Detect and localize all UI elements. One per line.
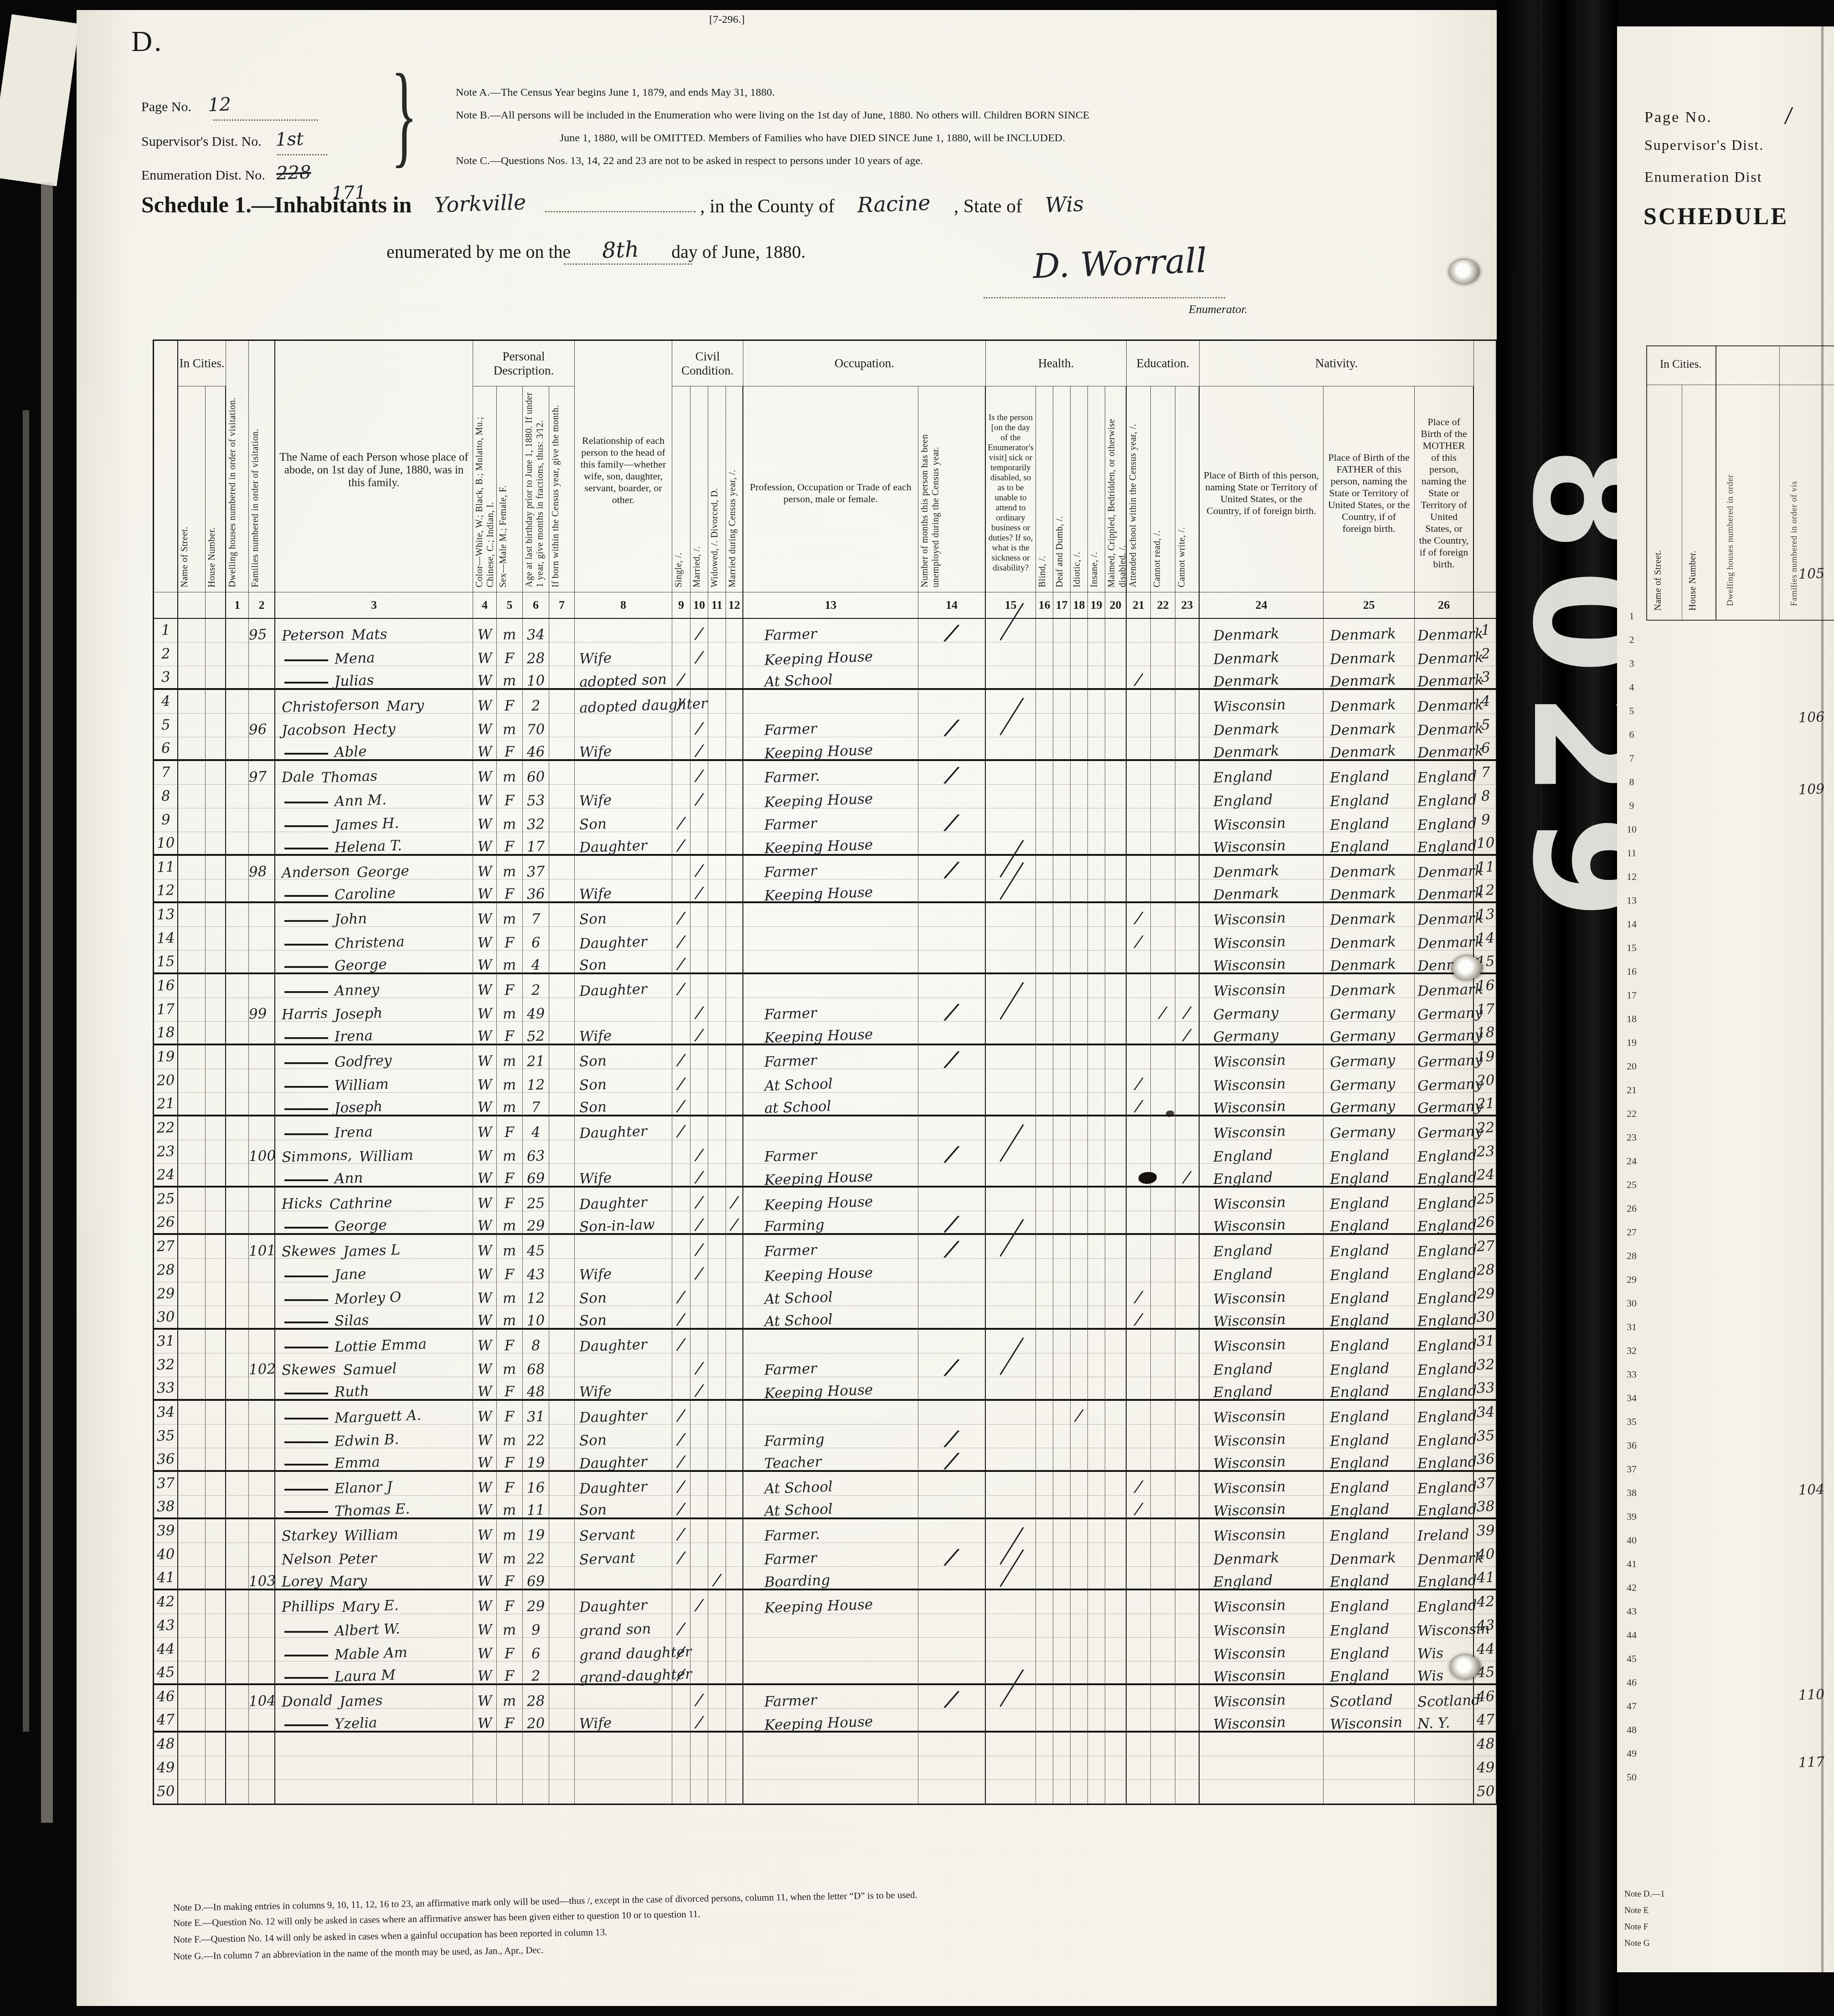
row-number: 14 xyxy=(1477,931,1495,946)
cell-unemp: / xyxy=(918,1425,986,1448)
cell-occ: Farmer xyxy=(743,1045,918,1069)
cell-sick xyxy=(986,1377,1036,1401)
relationship-value: grand son xyxy=(579,1622,651,1638)
birthplace-mother: England xyxy=(1417,793,1477,809)
rp-row-number: 41 xyxy=(1622,1552,1642,1576)
rp-row-number: 47 xyxy=(1622,1694,1642,1718)
cell-pobf: Denmark xyxy=(1324,737,1415,761)
age-value: 11 xyxy=(526,1503,545,1517)
birthplace-father: England xyxy=(1329,1668,1390,1685)
group-header-cc: Civil Condition. xyxy=(672,341,743,386)
color-value: W xyxy=(477,1503,492,1517)
cell-fam xyxy=(249,1306,275,1330)
rp-row-number: 28 xyxy=(1622,1244,1642,1268)
cell-rel: Daughter xyxy=(575,1472,672,1496)
cell-rel xyxy=(575,1140,672,1164)
sex-value: m xyxy=(503,627,516,642)
note-b1: Note B.—All persons will be included in … xyxy=(456,109,1090,122)
cell-mdy xyxy=(726,1567,743,1590)
cell-sgl: / xyxy=(672,832,690,856)
rp-schedule: SCHEDULE xyxy=(1643,203,1788,230)
cell-mar: / xyxy=(690,619,708,643)
sex-value: F xyxy=(505,1172,515,1186)
cell-mar: / xyxy=(690,1259,708,1282)
cell-mar: / xyxy=(690,856,708,879)
cell-cw xyxy=(1175,1259,1200,1282)
cell-fam xyxy=(249,1330,275,1353)
cell-sex: F xyxy=(497,879,523,903)
birthplace-self: Denmark xyxy=(1213,886,1280,902)
relationship-value: Son xyxy=(579,1313,607,1328)
cell-rnR: 5 xyxy=(1474,714,1498,737)
rp-in-cities: In Cities. xyxy=(1660,358,1702,371)
surname: Simmons, xyxy=(282,1148,360,1165)
column-number-14: 14 xyxy=(918,592,986,619)
color-value: W xyxy=(477,1219,492,1233)
cell-born xyxy=(549,974,575,998)
cell-idio xyxy=(1071,1543,1088,1567)
cell-occ xyxy=(743,1638,918,1661)
cell-blind xyxy=(1036,1780,1053,1804)
given-name: Cathrine xyxy=(329,1196,392,1212)
cell-house xyxy=(206,1353,226,1377)
affirmative-mark: / xyxy=(1134,910,1142,926)
cell-pobf: Denmark xyxy=(1324,666,1415,690)
cell-sex: m xyxy=(497,1211,523,1235)
cell-blind xyxy=(1036,1259,1053,1282)
cell-unemp xyxy=(918,879,986,903)
color-value: W xyxy=(477,1552,492,1566)
ditto-dash xyxy=(284,848,328,849)
cell-wid: / xyxy=(708,1567,726,1590)
cell-mar xyxy=(690,1069,708,1093)
cell-cw xyxy=(1175,1472,1200,1496)
binder-rivet-bottom xyxy=(1450,1655,1480,1679)
cell-mar xyxy=(690,951,708,974)
relationship-value: Son xyxy=(579,817,607,832)
row-number: 47 xyxy=(1477,1713,1495,1727)
cell-mdy xyxy=(726,785,743,808)
column-label-cw: Cannot write, /. xyxy=(1175,386,1188,592)
cell-pobm: Denmark xyxy=(1415,666,1474,690)
cell-name: Emma xyxy=(275,1448,473,1472)
cell-pobf: England xyxy=(1324,1638,1415,1661)
note-b2: June 1, 1880, will be OMITTED. Members o… xyxy=(560,132,1065,144)
cell-house xyxy=(206,1259,226,1282)
cell-idio xyxy=(1071,1022,1088,1045)
cell-sgl: / xyxy=(672,1425,690,1448)
birthplace-mother: England xyxy=(1417,1148,1477,1165)
column-label-pob: Place of Birth of this person, naming St… xyxy=(1200,386,1323,592)
cell-color: W xyxy=(473,1661,497,1685)
cell-color: W xyxy=(473,1116,497,1140)
cell-pobf: England xyxy=(1324,1164,1415,1188)
page-no-label: Page No. 12 xyxy=(141,95,232,116)
sex-value: F xyxy=(505,699,515,714)
row-number: 12 xyxy=(1477,883,1495,898)
cell-pob: Wisconsin xyxy=(1200,1638,1324,1661)
birthplace-self: Wisconsin xyxy=(1213,1502,1286,1519)
row-number: 8 xyxy=(1481,789,1491,804)
cell-house xyxy=(206,1306,226,1330)
cell-wid xyxy=(708,1093,726,1116)
family-number: 103 xyxy=(248,1574,276,1589)
rp-page-no-text: Page No. xyxy=(1644,109,1712,126)
cell-rel: Wife xyxy=(575,643,672,666)
cell-sgl: / xyxy=(672,1472,690,1496)
person-row-34: 34Marguett A.WF31Daughter//WisconsinEngl… xyxy=(154,1401,1496,1425)
person-row-12: 12CarolineWF36Wife/Keeping HouseDenmarkD… xyxy=(154,879,1496,903)
cell-idio xyxy=(1071,856,1088,879)
surname: Harris xyxy=(281,1006,335,1022)
birthplace-father: Denmark xyxy=(1330,1551,1396,1567)
cell-pob: Wisconsin xyxy=(1200,1709,1324,1733)
cell-deaf xyxy=(1053,1448,1071,1472)
affirmative-mark: / xyxy=(695,1360,703,1377)
cell-idio xyxy=(1071,1496,1088,1519)
surname: Hicks xyxy=(281,1196,330,1212)
cell-cr xyxy=(1151,785,1175,808)
given-name: Emma xyxy=(334,1455,380,1471)
cell-street xyxy=(178,808,206,832)
cell-pobf: England xyxy=(1324,1188,1415,1211)
cell-color: W xyxy=(473,1164,497,1188)
cell-sick xyxy=(986,927,1036,951)
cell-wid xyxy=(708,1519,726,1543)
cell-street xyxy=(178,1519,206,1543)
cell-unemp: / xyxy=(918,619,986,643)
row-number: 39 xyxy=(156,1523,175,1538)
cell-occ: Keeping House xyxy=(743,1709,918,1733)
gutter-scratch3 xyxy=(1513,273,1514,1732)
cell-born xyxy=(549,1330,575,1353)
birthplace-mother: England xyxy=(1417,1455,1477,1471)
cell-maim xyxy=(1105,1519,1127,1543)
birthplace-father: England xyxy=(1329,1267,1390,1283)
cell-maim xyxy=(1105,1069,1127,1093)
cell-rnR: 23 xyxy=(1474,1140,1498,1164)
cell-rel: Servant xyxy=(575,1519,672,1543)
cell-ins xyxy=(1088,974,1105,998)
cell-pob: Wisconsin xyxy=(1200,690,1324,714)
cell-ins xyxy=(1088,951,1105,974)
cell-pob: Wisconsin xyxy=(1200,1472,1324,1496)
cell-sex: m xyxy=(497,1045,523,1069)
cell-unemp: / xyxy=(918,1685,986,1709)
cell-sex: F xyxy=(497,785,523,808)
cell-street xyxy=(178,1756,206,1780)
cell-pob: England xyxy=(1200,1377,1324,1401)
cell-born xyxy=(549,785,575,808)
birthplace-self: Denmark xyxy=(1213,864,1280,880)
color-value: W xyxy=(477,651,492,666)
occupation-value: Farmer. xyxy=(764,1527,820,1543)
cell-sick xyxy=(986,1022,1036,1045)
cell-sex: m xyxy=(497,1140,523,1164)
person-row-30: 30SilasWm10Son/At School/WisconsinEnglan… xyxy=(154,1306,1496,1330)
birthplace-father: England xyxy=(1329,1291,1390,1307)
rp-row-number: 5 xyxy=(1622,699,1642,723)
cell-maim xyxy=(1105,1377,1127,1401)
cell-maim xyxy=(1105,1638,1127,1661)
cell-rnL: 48 xyxy=(154,1733,178,1756)
cell-color: W xyxy=(473,1045,497,1069)
column-number-25: 25 xyxy=(1324,592,1415,619)
cell-occ: Farming xyxy=(743,1211,918,1235)
cell-cr xyxy=(1151,1590,1175,1614)
cell-rnR: 4 xyxy=(1474,690,1498,714)
cell-sch xyxy=(1127,714,1151,737)
column-number-10: 10 xyxy=(690,592,708,619)
birthplace-father: England xyxy=(1329,1527,1390,1544)
cell-pob: England xyxy=(1200,1567,1324,1590)
cell-mar: / xyxy=(690,1685,708,1709)
cell-sick xyxy=(986,619,1036,643)
cell-occ: Farmer xyxy=(743,1353,918,1377)
color-value: W xyxy=(477,1528,492,1543)
cell-rnR: 44 xyxy=(1474,1638,1498,1661)
cell-dwell xyxy=(226,1069,249,1093)
cell-ins xyxy=(1088,1425,1105,1448)
affirmative-mark: / xyxy=(677,1501,685,1517)
cell-sick xyxy=(986,1235,1036,1259)
cell-sgl: / xyxy=(672,951,690,974)
cell-wid xyxy=(708,761,726,785)
cell-pob: England xyxy=(1200,1259,1324,1282)
cell-ins xyxy=(1088,1543,1105,1567)
cell-name xyxy=(275,1780,473,1804)
affirmative-mark: / xyxy=(695,625,703,642)
cell-wid xyxy=(708,1614,726,1638)
cell-rel: adopted daughter xyxy=(575,690,672,714)
column-label-mar: Married, /. xyxy=(690,386,703,592)
given-name: Julias xyxy=(334,673,374,689)
birthplace-father: England xyxy=(1329,1384,1390,1400)
cell-rnL: 7 xyxy=(154,761,178,785)
cell-maim xyxy=(1105,1567,1127,1590)
cell-dwell xyxy=(226,1022,249,1045)
row-number: 25 xyxy=(1477,1192,1495,1206)
cell-sex: F xyxy=(497,927,523,951)
birthplace-self: England xyxy=(1213,1574,1273,1590)
cell-blind xyxy=(1036,1401,1053,1425)
cell-street xyxy=(178,1211,206,1235)
cell-blind xyxy=(1036,903,1053,927)
row-number: 44 xyxy=(156,1642,175,1656)
cell-rel: Son xyxy=(575,808,672,832)
sex-value: F xyxy=(505,1574,515,1589)
row-number: 26 xyxy=(1477,1215,1495,1229)
rp-row-number: 46 xyxy=(1622,1671,1642,1694)
row-number: 18 xyxy=(156,1025,175,1040)
color-value: W xyxy=(477,1100,492,1115)
cell-blind xyxy=(1036,1164,1053,1188)
cell-pobf: England xyxy=(1324,1401,1415,1425)
cell-idio xyxy=(1071,690,1088,714)
schedule-title: Schedule 1.—Inhabitants in Yorkville , i… xyxy=(141,191,1084,218)
cell-house xyxy=(206,832,226,856)
cell-rel: Daughter xyxy=(575,1330,672,1353)
given-name: George xyxy=(334,1218,387,1234)
cell-name: Harris Joseph xyxy=(275,998,473,1022)
scanned-census-sheet: D. [7-296.] Page No. 12 Supervisor's Dis… xyxy=(0,0,1834,2016)
cell-pobm: England xyxy=(1415,1259,1474,1282)
cell-name: William xyxy=(275,1069,473,1093)
cell-age: 70 xyxy=(523,714,549,737)
cell-pobf: England xyxy=(1324,1661,1415,1685)
rp-row-number: 40 xyxy=(1622,1528,1642,1552)
cell-pobf: Germany xyxy=(1324,998,1415,1022)
cell-rnR: 50 xyxy=(1474,1780,1498,1804)
cell-sgl: / xyxy=(672,1638,690,1661)
affirmative-mark: / xyxy=(945,1449,958,1474)
cell-occ xyxy=(743,1614,918,1638)
sex-value: m xyxy=(503,912,516,926)
cell-cr xyxy=(1151,808,1175,832)
cell-maim xyxy=(1105,1401,1127,1425)
occupation-value: At School xyxy=(764,1312,833,1329)
row-number: 36 xyxy=(156,1452,175,1466)
cell-sgl xyxy=(672,1780,690,1804)
relationship-value: Wife xyxy=(579,1029,612,1044)
cell-blind xyxy=(1036,1353,1053,1377)
cell-rel xyxy=(575,856,672,879)
affirmative-mark: / xyxy=(695,1714,703,1731)
column-number-20: 20 xyxy=(1105,592,1127,619)
binder-rivet-top xyxy=(1449,260,1479,283)
cell-mdy xyxy=(726,619,743,643)
cell-mar xyxy=(690,832,708,856)
cell-cr xyxy=(1151,1448,1175,1472)
sex-value: m xyxy=(503,1503,516,1517)
birthplace-self: Germany xyxy=(1213,1006,1279,1023)
cell-pobm: England xyxy=(1415,1164,1474,1188)
column-label-wid: Widowed, /. Divorced, D. xyxy=(708,386,721,592)
cell-fam xyxy=(249,1661,275,1685)
cell-deaf xyxy=(1053,1282,1071,1306)
birthplace-self: Wisconsin xyxy=(1213,1053,1286,1070)
cell-maim xyxy=(1105,1353,1127,1377)
birthplace-self: England xyxy=(1213,1148,1273,1165)
person-row-14: 14ChristenaWF6Daughter//WisconsinDenmark… xyxy=(154,927,1496,951)
affirmative-mark: / xyxy=(677,837,685,854)
relationship-value: Son-in-law xyxy=(579,1218,655,1234)
cell-sick xyxy=(986,1543,1036,1567)
cell-ins xyxy=(1088,1330,1105,1353)
cell-pobm: England xyxy=(1415,1140,1474,1164)
birthplace-self: Wisconsin xyxy=(1213,1455,1286,1471)
cell-age: 2 xyxy=(523,1661,549,1685)
cell-age: 37 xyxy=(523,856,549,879)
cell-mdy xyxy=(726,761,743,785)
rp-row-number: 13 xyxy=(1622,889,1642,912)
birthplace-self: Wisconsin xyxy=(1213,1480,1286,1497)
cell-mar xyxy=(690,1116,708,1140)
column-label-house: House Number. xyxy=(206,386,218,592)
cell-color: W xyxy=(473,1614,497,1638)
birthplace-father: England xyxy=(1329,1218,1390,1234)
affirmative-mark: / xyxy=(1134,1289,1142,1306)
cell-age: 4 xyxy=(523,951,549,974)
cell-sex: F xyxy=(497,1709,523,1733)
cell-pob: Wisconsin xyxy=(1200,1661,1324,1685)
cell-deaf xyxy=(1053,1756,1071,1780)
cell-mdy: / xyxy=(726,1211,743,1235)
column-label-blind: Blind, /. xyxy=(1036,386,1049,592)
cell-rnL: 20 xyxy=(154,1069,178,1093)
cell-occ xyxy=(743,1401,918,1425)
cell-house xyxy=(206,1614,226,1638)
cell-sick xyxy=(986,1567,1036,1590)
cell-age: 11 xyxy=(523,1496,549,1519)
cell-sch: / xyxy=(1127,666,1151,690)
birthplace-self: Wisconsin xyxy=(1213,1290,1286,1307)
family-number: 97 xyxy=(248,770,267,784)
sex-value: m xyxy=(503,817,516,832)
cell-sgl xyxy=(672,643,690,666)
cell-rnL: 1 xyxy=(154,619,178,643)
cell-unemp xyxy=(918,951,986,974)
birthplace-self: England xyxy=(1213,1362,1273,1378)
cell-cw xyxy=(1175,1401,1200,1425)
cell-cr xyxy=(1151,1685,1175,1709)
row-number: 4 xyxy=(1481,694,1491,709)
cell-occ xyxy=(743,1756,918,1780)
column-number-2: 2 xyxy=(249,592,275,619)
cell-sex: m xyxy=(497,714,523,737)
relationship-value: Daughter xyxy=(579,1598,648,1615)
rp-supervisor: Supervisor's Dist. xyxy=(1644,137,1764,154)
cell-pob: Wisconsin xyxy=(1200,1496,1324,1519)
cell-born xyxy=(549,927,575,951)
cell-rnR: 29 xyxy=(1474,1282,1498,1306)
occupation-value: Farmer xyxy=(764,1551,817,1567)
cell-dwell xyxy=(226,666,249,690)
cell-sick xyxy=(986,1069,1036,1093)
cell-sgl: / xyxy=(672,1543,690,1567)
column-label-occ: Profession, Occupation or Trade of each … xyxy=(743,386,918,592)
row-number: 16 xyxy=(1477,978,1495,993)
cell-sgl: / xyxy=(672,1614,690,1638)
row-number: 48 xyxy=(1477,1737,1495,1751)
age-value: 69 xyxy=(526,1171,545,1186)
birthplace-father: England xyxy=(1329,1313,1390,1329)
rp-row-number: 8 xyxy=(1622,770,1642,794)
cell-sick xyxy=(986,1709,1036,1733)
affirmative-mark: / xyxy=(695,1194,703,1211)
ditto-dash xyxy=(284,991,328,993)
person-row-25: 25Hicks CathrineWF25Daughter//Keeping Ho… xyxy=(154,1188,1496,1211)
cell-cr xyxy=(1151,903,1175,927)
birthplace-father: Germany xyxy=(1330,1054,1396,1070)
cell-sgl: / xyxy=(672,1496,690,1519)
cell-fam: 100 xyxy=(249,1140,275,1164)
given-name: Ann M. xyxy=(334,793,386,809)
cell-pob: Wisconsin xyxy=(1200,1401,1324,1425)
given-name: Godfrey xyxy=(334,1054,392,1070)
sex-value: F xyxy=(505,1268,515,1282)
cell-mdy xyxy=(726,903,743,927)
cell-blind xyxy=(1036,1709,1053,1733)
cell-deaf xyxy=(1053,1140,1071,1164)
birthplace-mother: Germany xyxy=(1417,1125,1483,1141)
cell-pobm: England xyxy=(1415,1353,1474,1377)
cell-occ: At School xyxy=(743,1496,918,1519)
cell-dwell xyxy=(226,1188,249,1211)
birthplace-mother: England xyxy=(1417,1433,1477,1449)
cell-name: Yzelia xyxy=(275,1709,473,1733)
cell-house xyxy=(206,1756,226,1780)
